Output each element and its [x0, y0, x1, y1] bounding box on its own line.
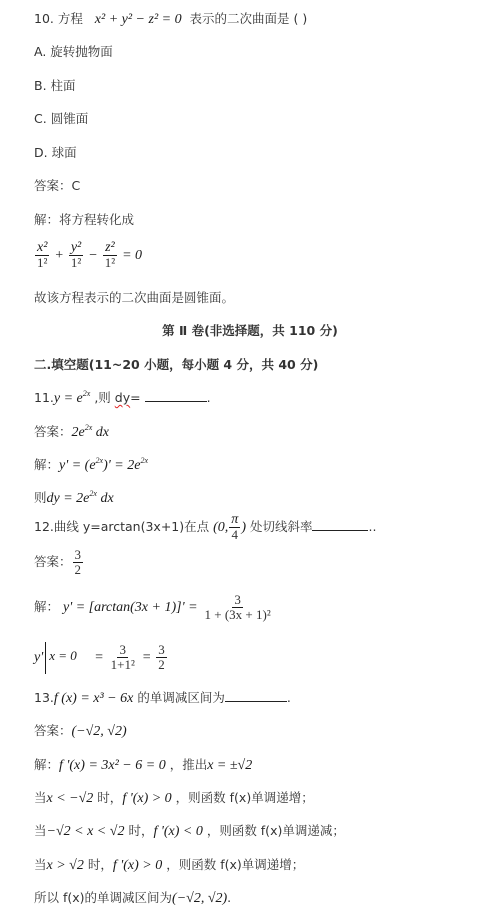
option-label: D.	[34, 145, 48, 160]
fraction: x²1²	[35, 241, 49, 270]
equation-rhs: = 0	[122, 248, 142, 263]
option-label: A.	[34, 44, 46, 59]
case-condition: x < −√2	[47, 791, 94, 806]
q10-stem-prefix: 10. 方程	[34, 11, 83, 26]
point-close: )	[241, 520, 246, 535]
q11-end: .	[207, 390, 211, 405]
solution-math: y' = (e2x)' = 2e2x	[59, 458, 148, 473]
q10-option-a: A. 旋转抛物面	[34, 43, 113, 61]
q10-stem-suffix: 表示的二次曲面是 ( )	[190, 11, 308, 26]
answer-label: 答案：	[34, 424, 72, 439]
option-text: 球面	[52, 145, 77, 160]
q11-stem: 11.y = e2x ,则 dy= .	[34, 389, 211, 408]
q10-option-b: B. 柱面	[34, 77, 76, 95]
point-open: (0,	[213, 520, 228, 535]
case-result: ，则函数 f(x)单调递增；	[166, 857, 304, 872]
q10-option-c: C. 圆锥面	[34, 110, 88, 128]
solution-label: 解：	[34, 599, 59, 614]
q13-conclusion: 所以 f(x)的单调减区间为(−√2, √2).	[34, 889, 231, 908]
evaluation-bar: x = 0	[45, 642, 46, 674]
solution-label: 解：	[34, 757, 59, 772]
q12-answer: 答案：32	[34, 547, 84, 577]
option-text: 圆锥面	[51, 111, 89, 126]
q10-option-d: D. 球面	[34, 144, 77, 162]
q10-stem: 10. 方程 x² + y² − z² = 0 表示的二次曲面是 ( )	[34, 10, 307, 29]
fraction: z²1²	[103, 241, 117, 270]
eval-lhs: y'	[34, 650, 43, 665]
q13-case-3: 当x > √2 时，f '(x) > 0 ，则函数 f(x)单调递增；	[34, 856, 304, 875]
q11-solution: 解：y' = (e2x)' = 2e2x	[34, 456, 148, 475]
answer-label: 答案：	[34, 554, 72, 569]
option-text: 旋转抛物面	[50, 44, 113, 59]
fraction: y²1²	[69, 241, 83, 270]
q12-end: ..	[368, 519, 376, 534]
q13-answer: 答案：(−√2, √2)	[34, 722, 127, 741]
answer-blank[interactable]	[145, 389, 207, 402]
q12-solution: 解： y' = [arctan(3x + 1)]' = 31 + (3x + 1…	[34, 590, 274, 625]
solution-math: f '(x) = 3x² − 6 = 0	[59, 758, 166, 773]
q10-answer: 答案：C	[34, 177, 80, 195]
q11-equation: y = e2x	[54, 391, 90, 406]
question-number: 11.	[34, 390, 54, 405]
q13-stem: 13.f (x) = x³ − 6x 的单调减区间为.	[34, 689, 291, 708]
fraction-pi-over-4: π4	[229, 513, 240, 542]
q11-mid-text: ,则	[94, 390, 110, 405]
solution-mid: ，推出	[170, 757, 208, 772]
answer-blank[interactable]	[312, 518, 368, 531]
solution-lhs: y' = [arctan(3x + 1)]' =	[63, 600, 198, 615]
then-label: 则	[34, 490, 47, 505]
q13-function: f (x) = x³ − 6x	[54, 691, 133, 706]
q13-solution: 解：f '(x) = 3x² − 6 = 0 ，推出x = ±√2	[34, 756, 252, 775]
operator: −	[88, 248, 97, 263]
q12-stem-suffix: 处切线斜率	[250, 519, 313, 534]
solution-fraction: 31 + (3x + 1)²	[203, 593, 273, 622]
option-label: B.	[34, 78, 47, 93]
option-text: 柱面	[51, 78, 76, 93]
then-math: dy = 2e2x dx	[47, 491, 114, 506]
question-number: 13.	[34, 690, 54, 705]
case-result: ，则函数 f(x)单调递增；	[176, 790, 314, 805]
q10-solution: 解：将方程转化成	[34, 211, 134, 229]
q11-answer: 答案：2e2x dx	[34, 423, 109, 442]
answer-blank[interactable]	[225, 689, 287, 702]
answer-value: C	[72, 178, 81, 193]
conclusion-math: (−√2, √2)	[172, 891, 227, 906]
case-derivative: f '(x) < 0	[153, 824, 202, 839]
case-condition: −√2 < x < √2	[47, 824, 125, 839]
eval-fraction-2: 32	[156, 643, 167, 672]
answer-fraction: 32	[73, 548, 84, 577]
case-condition: x > √2	[47, 858, 84, 873]
conclusion-text: 所以 f(x)的单调减区间为	[34, 890, 172, 905]
solution-text: 将方程转化成	[59, 212, 134, 227]
option-label: C.	[34, 111, 47, 126]
q12-stem-text: 12.曲线 y=arctan(3x+1)在点	[34, 519, 209, 534]
answer-label: 答案：	[34, 723, 72, 738]
spellcheck-underlined-dy: dy	[115, 390, 130, 405]
solution-root: x = ±√2	[207, 758, 252, 773]
q13-stem-suffix: 的单调减区间为	[137, 690, 225, 705]
q10-equation: x² + y² − z² = 0	[95, 12, 182, 27]
answer-label: 答案：	[34, 178, 72, 193]
answer-value: 2e2x dx	[72, 425, 110, 440]
case-derivative: f '(x) > 0	[122, 791, 171, 806]
case-derivative: f '(x) > 0	[113, 858, 162, 873]
section-subtitle: 二.填空题(11~20 小题，每小题 4 分，共 40 分)	[34, 356, 318, 374]
q12-evaluation: y'x = 0 = 31+1² = 32	[34, 637, 168, 678]
answer-value: (−√2, √2)	[72, 724, 127, 739]
q11-then: 则dy = 2e2x dx	[34, 489, 114, 508]
q11-equals: =	[130, 390, 140, 405]
q13-end: .	[287, 690, 291, 705]
q13-case-2: 当−√2 < x < √2 时，f '(x) < 0 ，则函数 f(x)单调递减…	[34, 822, 345, 841]
solution-label: 解：	[34, 212, 59, 227]
eval-fraction-1: 31+1²	[109, 643, 137, 672]
solution-label: 解：	[34, 457, 59, 472]
q10-transformed-equation: x²1² + y²1² − z²1² = 0	[34, 240, 142, 271]
q13-case-1: 当x < −√2 时，f '(x) > 0 ，则函数 f(x)单调递增；	[34, 789, 314, 808]
case-result: ，则函数 f(x)单调递减；	[207, 823, 345, 838]
q10-conclusion: 故该方程表示的二次曲面是圆锥面。	[34, 289, 234, 307]
q12-stem: 12.曲线 y=arctan(3x+1)在点 (0,π4) 处切线斜率..	[34, 512, 376, 543]
operator: +	[54, 248, 63, 263]
section-title: 第 Ⅱ 卷(非选择题，共 110 分)	[0, 322, 500, 340]
